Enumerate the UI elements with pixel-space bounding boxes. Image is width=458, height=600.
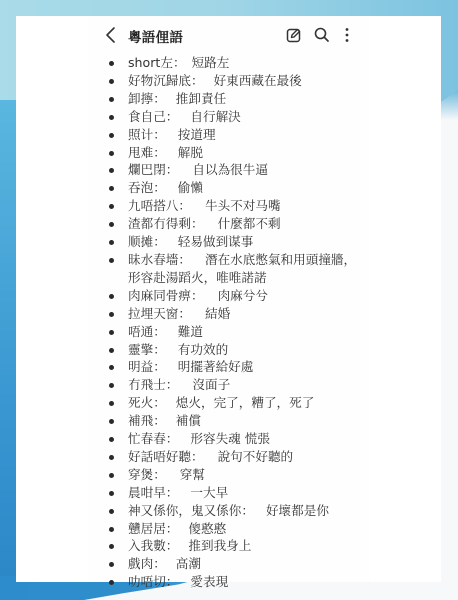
list-item: 甩难：解脱: [88, 144, 370, 162]
slang-term: 肉麻同骨痹：: [128, 288, 204, 303]
slang-definition: 自行解決: [190, 109, 240, 124]
slang-term: 九唔搭八：: [128, 198, 191, 213]
slang-term: 渣都冇得剩：: [128, 216, 204, 231]
slang-term: 好話唔好聽：: [128, 449, 204, 464]
search-icon[interactable]: [313, 26, 331, 44]
list-item: 叻唔切：愛表現: [88, 573, 370, 591]
slang-term: 補飛：: [128, 413, 166, 428]
list-item: 爛巴閉：自以為很牛逼: [88, 161, 370, 179]
slang-definition: 形容失魂 慌張: [190, 431, 270, 446]
bullet: [109, 240, 114, 245]
list-item: 神又係你，鬼又係你：好壞都是你: [88, 502, 370, 520]
slang-definition: 熄火，完了，糟了，死了: [176, 395, 315, 410]
list-item: 渣都冇得剩：什麼都不剩: [88, 215, 370, 233]
slang-definition: 推卸責任: [176, 91, 226, 106]
slang-term: 卸擰：: [128, 91, 166, 106]
bullet: [109, 455, 114, 460]
list-item: 補飛：補償: [88, 412, 370, 430]
slang-term: 晨咁早：: [128, 485, 178, 500]
list-item: 晨咁早：一大早: [88, 484, 370, 502]
slang-definition: 難道: [178, 324, 203, 339]
slang-definition: 補償: [176, 413, 201, 428]
bullet: [109, 544, 114, 549]
slang-definition: 愛表現: [190, 574, 228, 589]
slang-definition: 明擺著給好處: [178, 359, 254, 374]
slang-definition: 好東西藏在最後: [214, 73, 302, 88]
notes-screen: 粵語俚語 short左：短路左 好物沉歸底：好東西藏在最後 卸擰：推卸責任 食自…: [88, 16, 370, 582]
slang-definition: 推到我身上: [188, 538, 251, 553]
slang-definition: 沒面子: [192, 377, 230, 392]
bullet: [109, 348, 114, 353]
slang-definition: 解脱: [178, 145, 203, 160]
slang-term: 食自己：: [128, 109, 178, 124]
bullet: [109, 204, 114, 209]
slang-term: 吞泡：: [128, 180, 166, 195]
bullet: [109, 401, 114, 406]
bullet: [109, 97, 114, 102]
slang-term: 拉埋天窗：: [128, 306, 191, 321]
slang-definition: 肉麻兮兮: [218, 288, 268, 303]
slang-term: 顺摊：: [128, 234, 166, 249]
list-item: 穿煲：穿幫: [88, 466, 370, 484]
slang-definition: 高潮: [176, 556, 201, 571]
list-item: 唔通：難道: [88, 323, 370, 341]
slang-term: 戇居居：: [128, 521, 178, 536]
list-item: 顺摊：轻易做到谋事: [88, 233, 370, 251]
slang-term: 照计：: [128, 127, 166, 142]
slang-definition: 好壞都是你: [266, 503, 329, 518]
bullet: [109, 419, 114, 424]
edit-icon[interactable]: [285, 26, 303, 44]
slang-term: 好物沉歸底：: [128, 73, 204, 88]
slang-term: short左：: [128, 55, 186, 70]
bullet: [109, 115, 114, 120]
bullet: [109, 186, 114, 191]
slang-definition: 結婚: [205, 306, 230, 321]
slang-term: 叻唔切：: [128, 574, 178, 589]
slang-term: 明益：: [128, 359, 166, 374]
list-item: 明益：明擺著給好處: [88, 358, 370, 376]
list-item: 戇居居：傻憨憨: [88, 520, 370, 538]
slang-term: 神又係你，鬼又係你：: [128, 503, 254, 518]
page-title: 粵語俚語: [128, 26, 183, 46]
bullet: [109, 258, 114, 263]
list-item: 卸擰：推卸責任: [88, 90, 370, 108]
bullet: [109, 491, 114, 496]
list-item: 冇飛士：沒面子: [88, 376, 370, 394]
list-item: 死火：熄火，完了，糟了，死了: [88, 394, 370, 412]
slang-definition: 自以為很牛逼: [192, 162, 268, 177]
list-item: 好物沉歸底：好東西藏在最後: [88, 72, 370, 90]
list-item: 戲肉：高潮: [88, 555, 370, 573]
bullet: [109, 133, 114, 138]
list-item: short左：短路左: [88, 54, 370, 72]
bullet: [109, 473, 114, 478]
bullet: [109, 365, 114, 370]
bullet: [109, 222, 114, 227]
list-item: 食自己：自行解決: [88, 108, 370, 126]
list-item: 拉埋天窗：結婚: [88, 305, 370, 323]
bullet: [109, 312, 114, 317]
slang-term: 靈擎：: [128, 342, 166, 357]
slang-definition: 什麼都不剩: [218, 216, 281, 231]
slang-definition: 牛头不对马嘴: [205, 198, 281, 213]
back-arrow-icon[interactable]: [104, 25, 118, 45]
slang-term: 唔通：: [128, 324, 166, 339]
slang-definition: 有功效的: [178, 342, 228, 357]
slang-definition: 轻易做到谋事: [178, 234, 254, 249]
slang-term: 入我數：: [128, 538, 178, 553]
slang-definition: 短路左: [192, 55, 230, 70]
bullet: [109, 509, 114, 514]
app-header: 粵語俚語: [88, 16, 370, 54]
slang-term: 爛巴閉：: [128, 162, 178, 177]
list-item: 靈擎：有功效的: [88, 341, 370, 359]
slang-definition: 說句不好聽的: [218, 449, 294, 464]
list-item: 肉麻同骨痹：肉麻兮兮: [88, 287, 370, 305]
slang-definition: 一大早: [190, 485, 228, 500]
slang-term: 冇飛士：: [128, 377, 178, 392]
slang-definition: 穿幫: [180, 467, 205, 482]
bullet: [109, 383, 114, 388]
bullet: [109, 79, 114, 84]
list-item: 照计：按道理: [88, 126, 370, 144]
slang-term: 戲肉：: [128, 556, 166, 571]
slang-term: 昧水春墻：: [128, 252, 191, 267]
bullet: [109, 437, 114, 442]
bullet: [109, 151, 114, 156]
bullet: [109, 61, 114, 66]
list-item: 昧水春墻：潛在水底憋氣和用頭撞牆，形容赴湯蹈火，唯唯諾諾: [88, 251, 360, 287]
slang-definition: 偷懶: [178, 180, 203, 195]
list-item: 吞泡：偷懶: [88, 179, 370, 197]
bullet: [109, 580, 114, 585]
list-item: 好話唔好聽：說句不好聽的: [88, 448, 370, 466]
slang-term: 穿煲：: [128, 467, 166, 482]
slang-definition: 傻憨憨: [188, 521, 226, 536]
slang-term: 死火：: [128, 395, 166, 410]
list-item: 入我數：推到我身上: [88, 537, 370, 555]
slang-term: 忙春春：: [128, 431, 178, 446]
bullet: [109, 562, 114, 567]
list-item: 九唔搭八：牛头不对马嘴: [88, 197, 370, 215]
bullet: [109, 330, 114, 335]
bullet: [109, 294, 114, 299]
more-vertical-icon[interactable]: [338, 26, 356, 44]
slang-term: 甩难：: [128, 145, 166, 160]
bullet: [109, 527, 114, 532]
list-item: 忙春春：形容失魂 慌張: [88, 430, 370, 448]
slang-definition: 按道理: [178, 127, 216, 142]
slang-list: short左：短路左 好物沉歸底：好東西藏在最後 卸擰：推卸責任 食自己：自行解…: [88, 54, 370, 591]
bullet: [109, 168, 114, 173]
